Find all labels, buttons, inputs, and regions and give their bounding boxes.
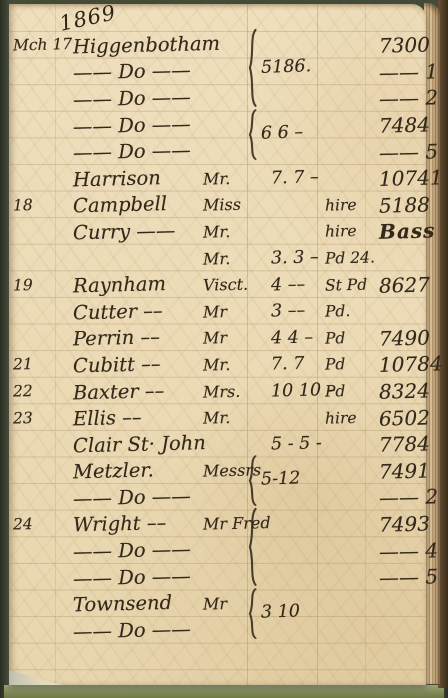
year-heading: 1869 (57, 0, 118, 35)
ledger-num: —— 5 (379, 564, 445, 590)
ledger-num: 6502 (379, 405, 436, 430)
ledger-name: —— Do —— (55, 564, 204, 591)
ledger-mid (259, 231, 325, 233)
ledger-name: Raynham (55, 271, 204, 298)
ledger-num: 7784 (379, 432, 436, 457)
ledger-num: 7491 (379, 458, 436, 483)
ledger-date: 19 (9, 275, 55, 294)
ledger-name: —— Do —— (55, 484, 204, 511)
ledger-note: hire (325, 195, 379, 214)
ledger-num: 7484 (379, 112, 436, 137)
ledger-mid (259, 417, 325, 419)
ledger-num (379, 311, 426, 312)
ledger-num: 7490 (379, 325, 436, 350)
ledger-row: 21Cubitt ––Mr.7. 7Pd10784 (9, 351, 426, 378)
ledger-mid (259, 44, 325, 46)
ledger-row: 23Ellis ––Mr.hire6502 (9, 404, 426, 431)
ledger-title: Mrs. (203, 381, 259, 401)
ledger-name: Cutter –– (55, 298, 204, 325)
brace-amount: 5-12 (261, 469, 301, 490)
ledger-row: —— Do ———— 2 (9, 484, 426, 511)
ledger-title: Mr. (203, 221, 259, 241)
grouping-brace-mark: 3 10 (245, 589, 261, 638)
ledger-date (9, 337, 55, 338)
ledger-title: Miss (203, 195, 259, 215)
ledger-note (325, 71, 379, 72)
ledger-row: Clair St· John5 - 5 -7784 (9, 431, 426, 458)
ledger-row: 19RaynhamVisct.4 ––St Pd8627 (9, 271, 426, 298)
ledger-mid: 3. 3 – (259, 247, 325, 269)
ledger-note (325, 523, 379, 524)
ledger-name (55, 256, 203, 260)
ledger-date (9, 577, 55, 578)
ledger-note (325, 151, 379, 152)
ledger-date (9, 444, 55, 445)
ledger-name: Cubitt –– (55, 351, 204, 378)
ledger-name: Curry —— (55, 218, 204, 245)
ledger-title: Mr. (203, 354, 259, 374)
ledger-note (325, 470, 379, 471)
ledger-title (203, 444, 259, 445)
ledger-mid: 4 4 – (259, 327, 325, 349)
ledger-row: Cutter ––Mr3 ––Pd. (9, 298, 426, 325)
ledger-date (9, 603, 55, 604)
ledger-row: 24Wright ––Mr Fred7493 (9, 511, 426, 538)
ledger-title: Mr. (203, 407, 259, 427)
brace-amount: 5186. (261, 56, 312, 78)
ledger-name: Metzler. (55, 457, 204, 484)
ledger-date: 22 (9, 381, 55, 400)
ledger-row: —— Do ———— 2 (9, 85, 426, 112)
ledger-name: —— Do —— (55, 617, 204, 644)
ledger-name: Perrin –– (55, 325, 204, 352)
table-surface (4, 685, 444, 698)
ledger-mid (259, 497, 325, 499)
ledger-title: Mr (203, 301, 259, 321)
ledger-num: 10741 (379, 165, 448, 191)
ledger-num: —— 2 (379, 485, 445, 511)
ledger-note (325, 444, 379, 445)
book-photo-frame: 1869 Mch 17Higgenbotham7300—— Do ———— 1—… (0, 0, 448, 698)
ledger-name: Baxter –– (55, 378, 204, 405)
ledger-date: 24 (9, 514, 55, 533)
ledger-mid: 3 –– (259, 300, 325, 322)
grouping-brace-mark: 6 6 – (245, 110, 261, 159)
ledger-title: Visct. (203, 274, 259, 294)
ledger-date (9, 311, 55, 312)
ledger-row: Mch 17Higgenbotham7300 (9, 32, 426, 59)
ledger-row: Curry ——Mr.hireBass (9, 218, 426, 245)
ledger-num: 7493 (379, 511, 436, 536)
ledger-name: Townsend (55, 590, 204, 617)
ledger-row: —— Do ———— 5 (9, 138, 426, 165)
ledger-date (9, 71, 55, 72)
ledger-row: —— Do ———— 5 (9, 564, 426, 591)
ledger-row: Perrin ––Mr4 4 –Pd7490 (9, 325, 426, 352)
ledger-note: Pd (325, 328, 379, 347)
grouping-brace-mark: 5186. (245, 30, 261, 106)
ledger-num: 10784 (379, 352, 448, 378)
ledger-note (325, 124, 379, 125)
ledger-num (379, 603, 426, 604)
ledger-num (379, 630, 426, 631)
ledger-mid (259, 98, 325, 100)
ledger-note (325, 178, 379, 179)
ledger-num: 8324 (379, 378, 436, 403)
brace-amount: 3 10 (261, 602, 301, 623)
ledger-mid (259, 630, 325, 632)
ledger-note (325, 497, 379, 498)
ledger-row: Metzler.Messrs7491 (9, 458, 426, 485)
ledger-date: Mch 17 (9, 36, 55, 55)
ledger-mid: 7. 7 – (259, 167, 325, 189)
ledger-note: hire (325, 222, 379, 241)
ledger-name: Wright –– (55, 511, 204, 538)
ledger-num (379, 257, 426, 258)
ledger-note: St Pd (325, 275, 379, 294)
ledger-name: Ellis –– (55, 404, 204, 431)
ledger-row: —— Do —— (9, 617, 426, 644)
ledger-mid: 5 - 5 - (259, 433, 325, 455)
ledger-mid (259, 151, 325, 153)
ledger-date: 21 (9, 355, 55, 374)
ledger-row: —— Do ———— 4 (9, 537, 426, 564)
ledger-name: —— Do —— (55, 85, 204, 112)
ledger-mid (259, 576, 325, 578)
ledger-row: 22Baxter ––Mrs.10 10 –Pd8324 (9, 378, 426, 405)
grouping-brace-mark: 5-12 (245, 456, 261, 505)
ledger-note (325, 45, 379, 46)
ledger-name: —— Do —— (55, 59, 204, 86)
ledger-mid (259, 550, 325, 552)
ledger-note (325, 603, 379, 604)
ledger-name: —— Do —— (55, 138, 204, 165)
ledger-date (9, 151, 55, 152)
ledger-name: Campbell (55, 192, 204, 219)
ledger-note (325, 577, 379, 578)
ledger-num: 7300 (379, 33, 436, 58)
ledger-name: Harrison (55, 165, 204, 192)
ledger-num: —— 4 (379, 538, 445, 564)
ledger-mid: 10 10 – (259, 380, 325, 402)
ledger-note: Pd 24. (325, 248, 379, 267)
ledger-note (325, 550, 379, 551)
ledger-name: Clair St· John (55, 431, 204, 458)
ledger-num: —— 2 (379, 86, 445, 112)
ledger-name: —— Do —— (55, 112, 204, 139)
ledger-date (9, 257, 55, 258)
ledger-rows: Mch 17Higgenbotham7300—— Do ———— 1—— Do … (9, 32, 426, 644)
ledger-note: hire (325, 408, 379, 427)
ledger-date: 23 (9, 408, 55, 427)
ledger-row: —— Do ——7484 (9, 112, 426, 139)
ledger-mid: 4 –– (259, 274, 325, 296)
ledger-date (9, 125, 55, 126)
ledger-date (9, 470, 55, 471)
ledger-note (325, 630, 379, 631)
ledger-date (9, 630, 55, 631)
page-corner-curl (9, 670, 61, 685)
grouping-brace-mark (245, 509, 261, 585)
ledger-row: HarrisonMr.7. 7 –10741 (9, 165, 426, 192)
ledger-row: 18CampbellMisshire5188 (9, 192, 426, 219)
ledger-mid (259, 204, 325, 206)
ledger-date (9, 98, 55, 99)
ledger-page: 1869 Mch 17Higgenbotham7300—— Do ———— 1—… (9, 4, 426, 685)
ledger-title: Mr. (203, 248, 259, 268)
ledger-row: Mr.3. 3 –Pd 24. (9, 245, 426, 272)
ledger-date (9, 178, 55, 179)
brace-amount: 6 6 – (261, 123, 304, 144)
ledger-date (9, 231, 55, 232)
ledger-title: Mr (203, 328, 259, 348)
ledger-row: —— Do ———— 1 (9, 59, 426, 86)
ledger-mid: 7. 7 (259, 354, 325, 376)
ledger-title: Mr. (203, 168, 259, 188)
ledger-note: Pd. (325, 302, 379, 321)
ledger-num: 5188 (379, 192, 436, 217)
ledger-num: Bass (379, 219, 442, 245)
ledger-note: Pd (325, 381, 379, 400)
ledger-date (9, 550, 55, 551)
ledger-num: 8627 (379, 272, 436, 297)
ledger-num: —— 5 (379, 139, 445, 165)
ledger-note (325, 98, 379, 99)
ledger-date: 18 (9, 195, 55, 214)
ledger-name: —— Do —— (55, 537, 204, 564)
ledger-name: Higgenbotham (55, 32, 204, 59)
ledger-num: —— 1 (379, 59, 445, 85)
ledger-note: Pd (325, 355, 379, 374)
ledger-row: TownsendMr (9, 590, 426, 617)
ledger-date (9, 497, 55, 498)
